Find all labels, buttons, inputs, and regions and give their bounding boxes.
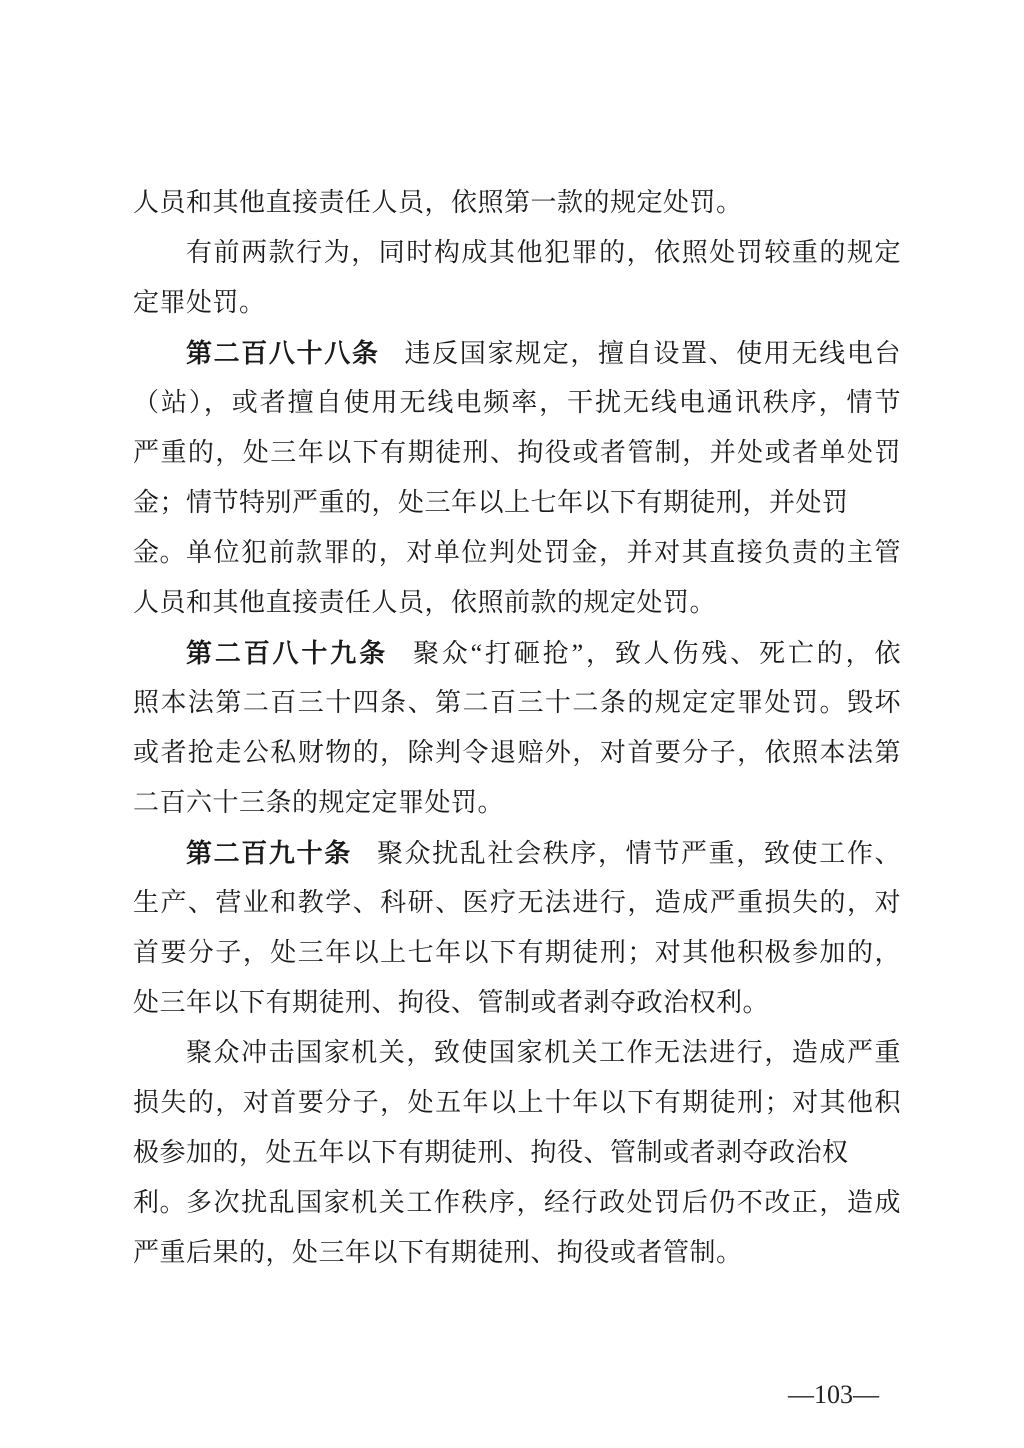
text-line: 单位犯前款罪的，对单位判处罚金，并对其直接负责的主管: [133, 528, 901, 578]
text-line: 极参加的，处五年以下有期徒刑、拘役、管制或者剥夺政治权利。: [133, 1128, 901, 1178]
article-number: 第二百九十条: [186, 838, 352, 868]
text-line: 有前两款行为，同时构成其他犯罪的，依照处罚较重的规定: [133, 228, 901, 278]
text-line: 人员和其他直接责任人员，依照前款的规定处罚。: [133, 578, 901, 628]
paragraph: 多次扰乱国家机关工作秩序，经行政处罚后仍不改正，造成严重后果的，处三年以下有期徒…: [133, 1178, 901, 1278]
paragraph: 第二百九十条聚众扰乱社会秩序，情节严重，致使工作、生产、营业和教学、科研、医疗无…: [133, 828, 901, 1028]
paragraph: 第二百八十九条聚众“打砸抢”，致人伤残、死亡的，依照本法第二百三十四条、第二百三…: [133, 628, 901, 828]
text-line: 第二百八十九条聚众“打砸抢”，致人伤残、死亡的，依: [133, 628, 901, 678]
article-number: 第二百八十八条: [186, 338, 380, 368]
paragraph: 有前两款行为，同时构成其他犯罪的，依照处罚较重的规定定罪处罚。: [133, 228, 901, 328]
text-line: （站），或者擅自使用无线电频率，干扰无线电通讯秩序，情节: [133, 378, 901, 428]
text-line: 严重后果的，处三年以下有期徒刑、拘役或者管制。: [133, 1228, 901, 1278]
text-line: 严重的，处三年以下有期徒刑、拘役或者管制，并处或者单处罚: [133, 428, 901, 478]
text-line: 聚众冲击国家机关，致使国家机关工作无法进行，造成严重: [133, 1028, 901, 1078]
text-line: 首要分子，处三年以上七年以下有期徒刑；对其他积极参加的，: [133, 928, 901, 978]
document-page: 人员和其他直接责任人员，依照第一款的规定处罚。有前两款行为，同时构成其他犯罪的，…: [0, 0, 1024, 1448]
text-line: 定罪处罚。: [133, 278, 901, 328]
page-number: —103—: [788, 1378, 879, 1412]
article-number: 第二百八十九条: [186, 638, 388, 668]
text-line: 金；情节特别严重的，处三年以上七年以下有期徒刑，并处罚金。: [133, 478, 901, 528]
text-line: 处三年以下有期徒刑、拘役、管制或者剥夺政治权利。: [133, 978, 901, 1028]
text-line: 或者抢走公私财物的，除判令退赔外，对首要分子，依照本法第: [133, 728, 901, 778]
text-line: 多次扰乱国家机关工作秩序，经行政处罚后仍不改正，造成: [133, 1178, 901, 1228]
text-line: 人员和其他直接责任人员，依照第一款的规定处罚。: [133, 178, 901, 228]
text-line: 第二百九十条聚众扰乱社会秩序，情节严重，致使工作、: [133, 828, 901, 878]
paragraph: 单位犯前款罪的，对单位判处罚金，并对其直接负责的主管人员和其他直接责任人员，依照…: [133, 528, 901, 628]
text-line: 生产、营业和教学、科研、医疗无法进行，造成严重损失的，对: [133, 878, 901, 928]
text-line: 二百六十三条的规定定罪处罚。: [133, 778, 901, 828]
paragraph: 第二百八十八条违反国家规定，擅自设置、使用无线电台（站），或者擅自使用无线电频率…: [133, 328, 901, 528]
document-body: 人员和其他直接责任人员，依照第一款的规定处罚。有前两款行为，同时构成其他犯罪的，…: [133, 178, 901, 1278]
paragraph: 人员和其他直接责任人员，依照第一款的规定处罚。: [133, 178, 901, 228]
text-line: 损失的，对首要分子，处五年以上十年以下有期徒刑；对其他积: [133, 1078, 901, 1128]
paragraph: 聚众冲击国家机关，致使国家机关工作无法进行，造成严重损失的，对首要分子，处五年以…: [133, 1028, 901, 1178]
text-line: 第二百八十八条违反国家规定，擅自设置、使用无线电台: [133, 328, 901, 378]
text-line: 照本法第二百三十四条、第二百三十二条的规定定罪处罚。毁坏: [133, 678, 901, 728]
